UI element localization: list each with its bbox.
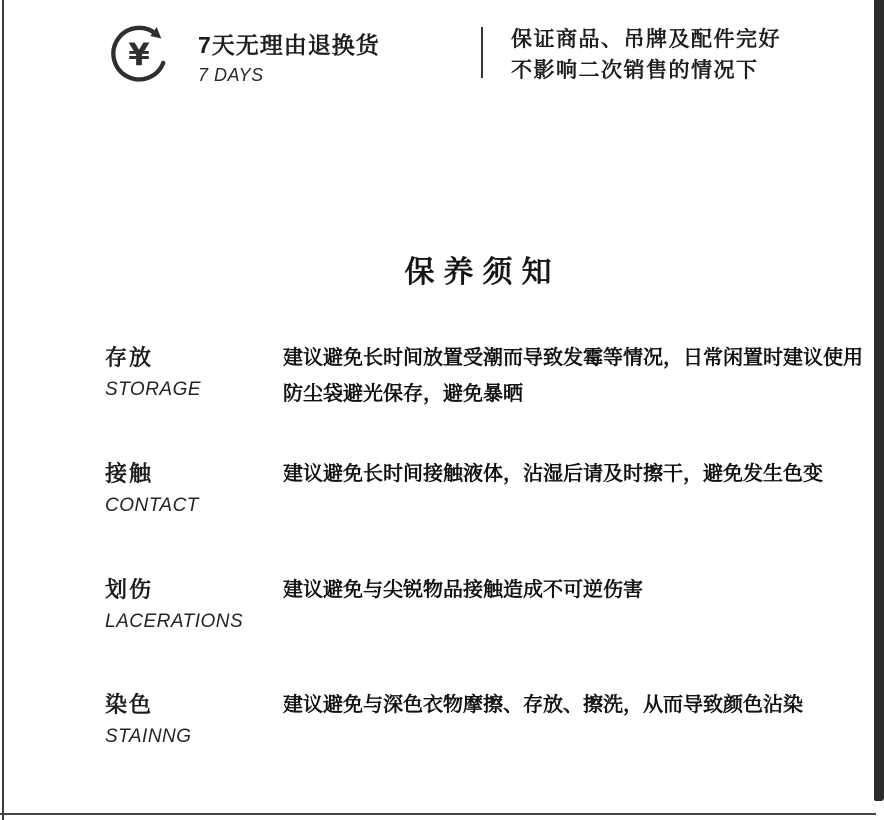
care-item-description: 建议避免与深色衣物摩擦、存放、擦洗，从而导致颜色沾染 [283, 687, 863, 723]
guarantee-condition-line1: 保证商品、吊牌及配件完好 [511, 24, 781, 55]
care-item-title-en: STAINNG [105, 726, 283, 748]
care-item-contact: 接触 CONTACT 建议避免长时间接触液体，沾湿后请及时擦干，避免发生色变 [105, 456, 865, 517]
product-care-page: ¥ 7天无理由退换货 7 DAYS 保证商品、吊牌及配件完好 不影响二次销售的情… [0, 0, 884, 820]
care-item-label: 染色 STAINNG [105, 687, 283, 748]
care-item-label: 接触 CONTACT [105, 456, 283, 517]
care-item-title-cn: 存放 [105, 344, 283, 372]
care-item-staining: 染色 STAINNG 建议避免与深色衣物摩擦、存放、擦洗，从而导致颜色沾染 [105, 687, 865, 748]
care-item-title-cn: 染色 [105, 691, 283, 719]
care-item-label: 存放 STORAGE [105, 340, 283, 401]
care-item-description: 建议避免长时间放置受潮而导致发霉等情况，日常闲置时建议使用防尘袋避光保存，避免暴… [283, 340, 863, 412]
guarantee-header: ¥ 7天无理由退换货 7 DAYS 保证商品、吊牌及配件完好 不影响二次销售的情… [0, 0, 884, 110]
care-item-title-en: LACERATIONS [105, 611, 283, 633]
page-left-border [2, 0, 4, 820]
care-item-label: 划伤 LACERATIONS [105, 572, 283, 633]
care-item-description: 建议避免长时间接触液体，沾湿后请及时擦干，避免发生色变 [283, 456, 863, 492]
vertical-divider [481, 27, 483, 78]
yen-return-arrow-icon: ¥ [106, 21, 172, 87]
care-item-title-en: CONTACT [105, 495, 283, 517]
guarantee-right-text: 保证商品、吊牌及配件完好 不影响二次销售的情况下 [511, 24, 781, 86]
care-item-description: 建议避免与尖锐物品接触造成不可逆伤害 [283, 572, 863, 608]
care-section-title: 保养须知 [105, 247, 860, 291]
care-item-lacerations: 划伤 LACERATIONS 建议避免与尖锐物品接触造成不可逆伤害 [105, 572, 865, 633]
care-item-title-cn: 划伤 [105, 576, 283, 604]
guarantee-condition-line2: 不影响二次销售的情况下 [511, 55, 781, 86]
page-bottom-border [0, 813, 876, 815]
guarantee-left-text: 7天无理由退换货 7 DAYS [198, 27, 380, 86]
svg-text:¥: ¥ [128, 37, 150, 73]
care-item-title-en: STORAGE [105, 379, 283, 401]
return-policy-subtitle: 7 DAYS [198, 65, 380, 86]
care-item-storage: 存放 STORAGE 建议避免长时间放置受潮而导致发霉等情况，日常闲置时建议使用… [105, 340, 865, 412]
return-policy-title: 7天无理由退换货 [198, 27, 380, 60]
care-item-title-cn: 接触 [105, 460, 283, 488]
scrollbar-thumb[interactable] [874, 0, 884, 801]
